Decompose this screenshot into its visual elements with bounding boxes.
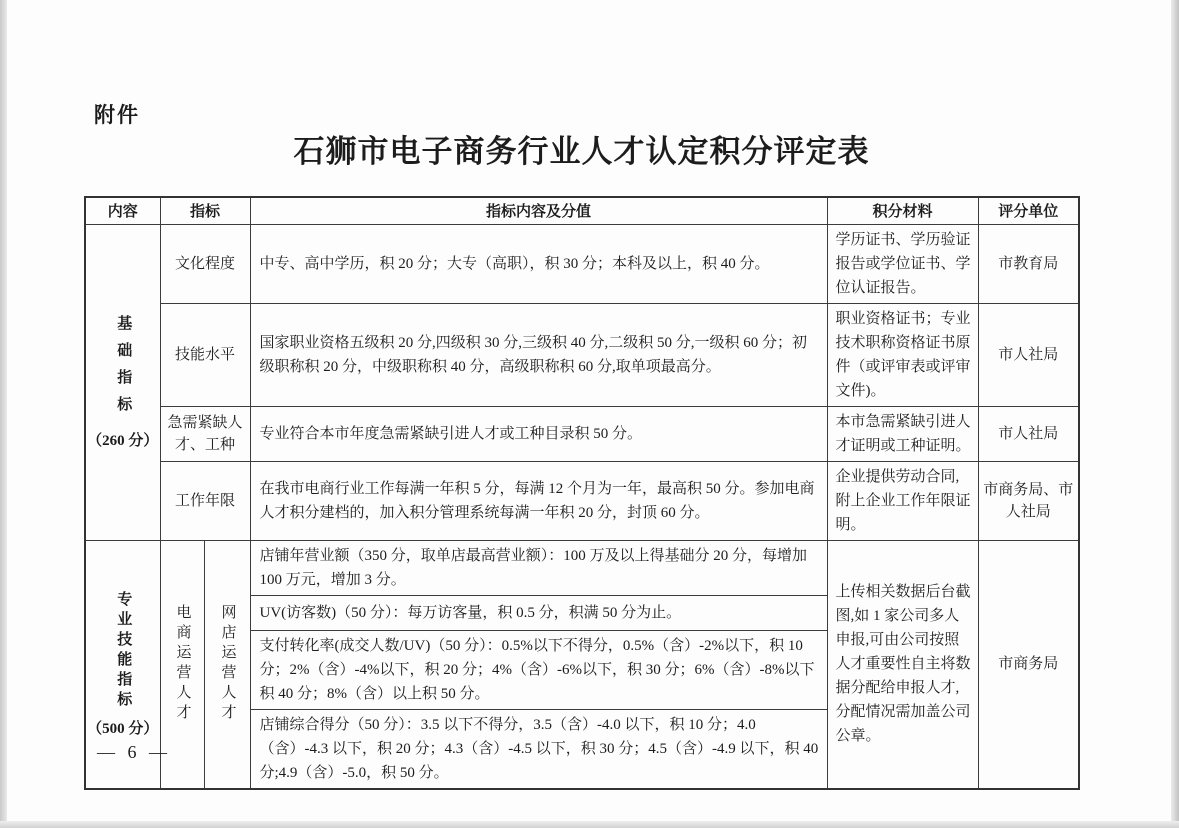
indicator-skill-level: 技能水平 xyxy=(160,303,250,406)
scan-edge-left xyxy=(0,0,7,828)
table-row: 工作年限 在我市电商行业工作每满一年积 5 分，每满 12 个月为一年，最高积 … xyxy=(85,461,1079,540)
section-score: （500 分） xyxy=(87,717,158,738)
detail-payment-conversion: 支付转化率(成交人数/UV)（50 分）：0.5%以下不得分，0.5%（含）-2… xyxy=(250,630,827,709)
document-page: 附件 石狮市电子商务行业人才认定积分评定表 内容 指标 指标内容及分值 积分材料… xyxy=(0,0,1179,828)
col-header-indicator: 指标 xyxy=(160,197,250,224)
materials-skill-level: 职业资格证书；专业技术职称资格证书原件（或评审表或评审文件)。 xyxy=(827,303,978,406)
materials-professional-skill: 上传相关数据后台截图,如 1 家公司多人申报,可由公司按照人才重要性自主将数据分… xyxy=(827,540,978,789)
section-score: （260 分） xyxy=(87,429,158,450)
indicator-work-years: 工作年限 xyxy=(160,461,250,540)
materials-education: 学历证书、学历验证报告或学位证书、学位认证报告。 xyxy=(827,224,978,303)
materials-work-years: 企业提供劳动合同,附上企业工作年限证明。 xyxy=(827,461,978,540)
col-header-detail: 指标内容及分值 xyxy=(250,197,827,224)
sub-indicator-online-store-operation-talent: 网店运营人才 xyxy=(204,540,250,789)
table-row: 技能水平 国家职业资格五级积 20 分,四级积 30 分,三级积 40 分,二级… xyxy=(85,303,1079,406)
table-row: 专业技能指标 （500 分） 电商运营人才 网店运营人才 店铺年营业额（350 … xyxy=(85,540,1079,595)
attachment-label: 附件 xyxy=(94,99,140,129)
detail-store-rating: 店铺综合得分（50 分）：3.5 以下不得分，3.5（含）-4.0 以下，积 1… xyxy=(250,709,827,789)
score-table: 内容 指标 指标内容及分值 积分材料 评分单位 基础指标 （260 分） 文化程… xyxy=(84,196,1080,790)
section-name-vertical: 专业技能指标 xyxy=(115,591,130,711)
col-header-unit: 评分单位 xyxy=(978,197,1079,224)
unit-professional-skill: 市商务局 xyxy=(978,540,1079,789)
indicator-urgent-talent: 急需紧缺人才、工种 xyxy=(160,406,250,461)
unit-urgent-talent: 市人社局 xyxy=(978,406,1079,461)
materials-urgent-talent: 本市急需紧缺引进人才证明或工种证明。 xyxy=(827,406,978,461)
scan-edge-bottom xyxy=(0,821,1179,828)
col-header-content: 内容 xyxy=(85,197,160,224)
section-name-vertical: 基础指标 xyxy=(115,315,130,423)
indicator-education: 文化程度 xyxy=(160,224,250,303)
detail-annual-revenue: 店铺年营业额（350 分，取单店最高营业额）：100 万及以上得基础分 20 分… xyxy=(250,540,827,595)
section-basic-indicators: 基础指标 （260 分） xyxy=(85,224,160,540)
scan-edge-right xyxy=(1171,0,1179,828)
unit-education: 市教育局 xyxy=(978,224,1079,303)
detail-uv-visitors: UV(访客数)（50 分）：每万访客量，积 0.5 分，积满 50 分为止。 xyxy=(250,595,827,630)
col-header-materials: 积分材料 xyxy=(827,197,978,224)
table-header-row: 内容 指标 指标内容及分值 积分材料 评分单位 xyxy=(85,197,1079,224)
table-row: 基础指标 （260 分） 文化程度 中专、高中学历，积 20 分；大专（高职），… xyxy=(85,224,1079,303)
unit-work-years: 市商务局、市人社局 xyxy=(978,461,1079,540)
page-title: 石狮市电子商务行业人才认定积分评定表 xyxy=(85,126,1078,171)
unit-skill-level: 市人社局 xyxy=(978,303,1079,406)
detail-work-years: 在我市电商行业工作每满一年积 5 分，每满 12 个月为一年，最高积 50 分。… xyxy=(250,461,827,540)
detail-urgent-talent: 专业符合本市年度急需紧缺引进人才或工种目录积 50 分。 xyxy=(250,406,827,461)
page-number: — 6 — xyxy=(97,742,171,763)
detail-skill-level: 国家职业资格五级积 20 分,四级积 30 分,三级积 40 分,二级积 50 … xyxy=(250,303,827,406)
table-row: 急需紧缺人才、工种 专业符合本市年度急需紧缺引进人才或工种目录积 50 分。 本… xyxy=(85,406,1079,461)
detail-education: 中专、高中学历，积 20 分；大专（高职），积 30 分；本科及以上，积 40 … xyxy=(250,224,827,303)
